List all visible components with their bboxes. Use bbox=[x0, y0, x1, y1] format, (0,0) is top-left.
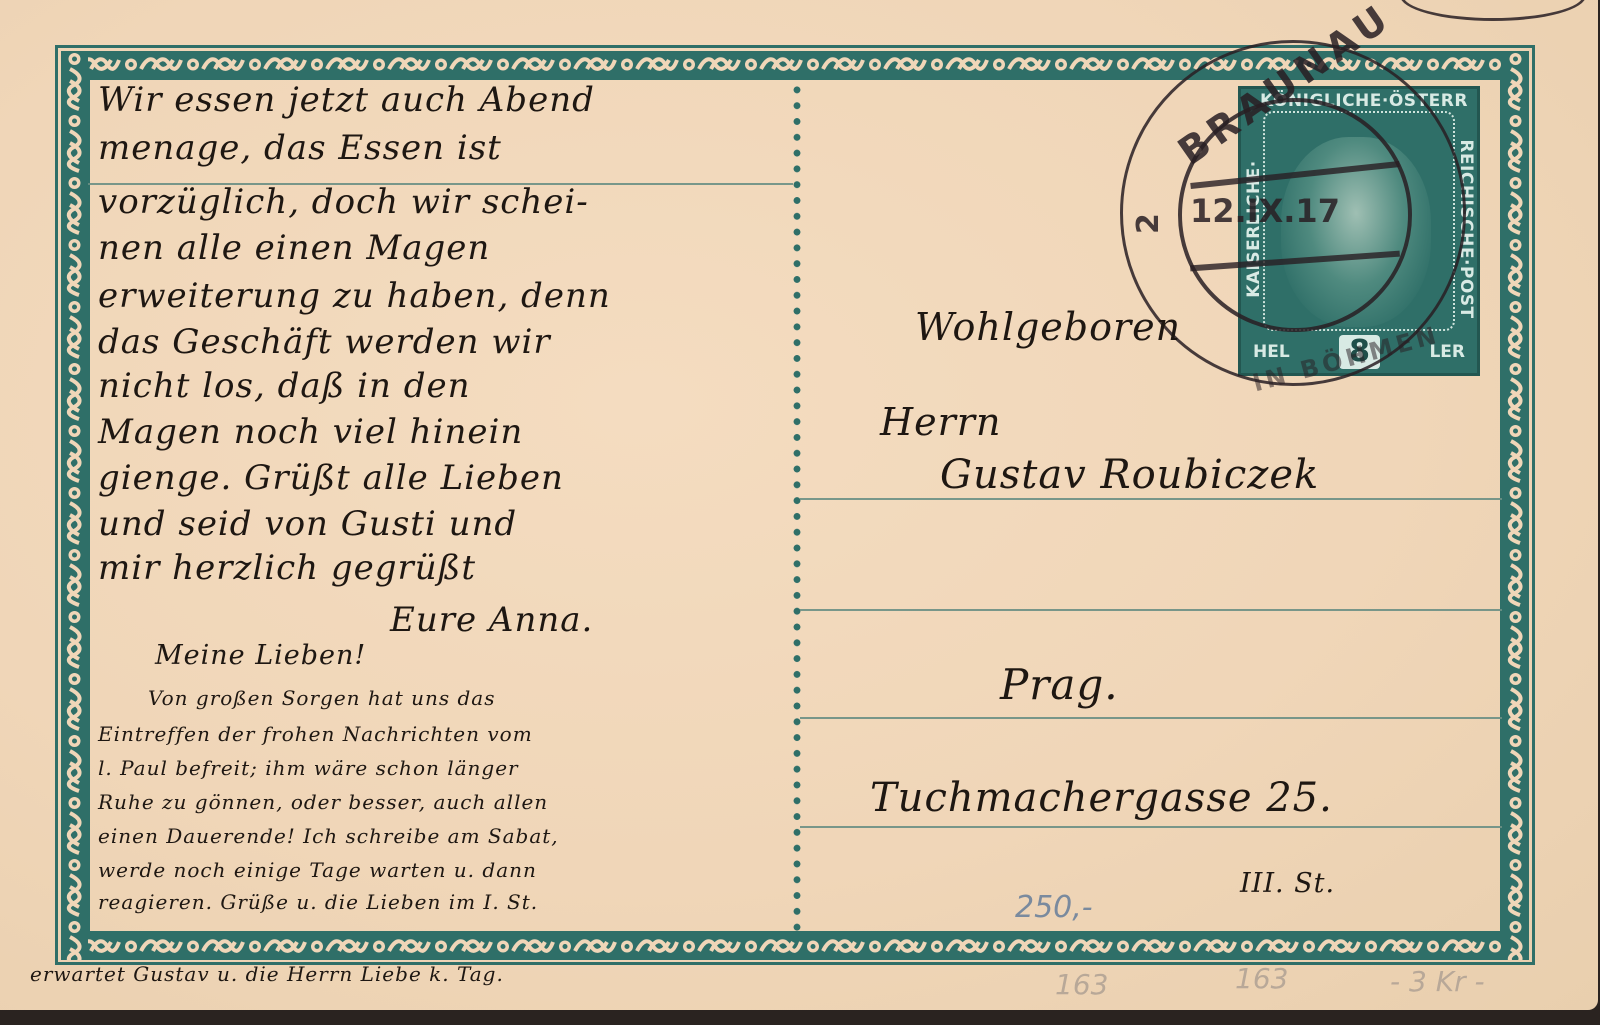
pencil-ref-3: - 3 Kr - bbox=[1390, 965, 1485, 998]
dotted-divider bbox=[793, 82, 801, 932]
pencil-ref-2: 163 bbox=[1235, 962, 1288, 995]
address-name: Gustav Roubiczek bbox=[940, 452, 1319, 498]
footer-line: erwartet Gustav u. die Herrn Liebe k. Ta… bbox=[30, 962, 504, 986]
address-city: Prag. bbox=[1000, 660, 1119, 709]
message-line: nicht los, daß in den bbox=[98, 366, 471, 406]
address-title: Herrn bbox=[880, 400, 1001, 444]
message-signature: Eure Anna. bbox=[390, 600, 593, 640]
address-rule-4 bbox=[800, 826, 1502, 828]
message-line: erweiterung zu haben, denn bbox=[98, 276, 611, 316]
message-line: gienge. Grüßt alle Lieben bbox=[98, 458, 564, 498]
address-rule-1 bbox=[800, 498, 1502, 500]
second-line: Eintreffen der frohen Nachrichten vom bbox=[98, 722, 533, 746]
address-floor: III. St. bbox=[1240, 868, 1335, 899]
rope-border-bottom bbox=[61, 933, 1529, 960]
postmark-suffix: 2 bbox=[1131, 213, 1166, 234]
message-line: und seid von Gusti und bbox=[98, 504, 517, 544]
address-rule-2 bbox=[800, 609, 1502, 611]
message-line: vorzüglich, doch wir schei- bbox=[98, 182, 589, 222]
address-street: Tuchmachergasse 25. bbox=[870, 775, 1333, 821]
message-line: das Geschäft werden wir bbox=[98, 322, 551, 362]
address-rule-3 bbox=[800, 717, 1502, 719]
address-salutation: Wohlgeboren bbox=[915, 305, 1181, 349]
message-line: Wir essen jetzt auch Abend bbox=[98, 80, 595, 120]
second-line: Von großen Sorgen hat uns das bbox=[148, 686, 495, 710]
message-line: mir herzlich gegrüßt bbox=[98, 548, 476, 588]
pencil-ref-1: 163 bbox=[1055, 968, 1108, 1001]
message-line: Magen noch viel hinein bbox=[98, 412, 523, 452]
second-line: Ruhe zu gönnen, oder besser, auch allen bbox=[98, 790, 548, 814]
postcard: KÖNIGLICHE·ÖSTERR KAISERLICHE· REICHISCH… bbox=[0, 0, 1598, 1010]
message-line: nen alle einen Magen bbox=[98, 228, 490, 268]
second-greeting: Meine Lieben! bbox=[155, 640, 366, 671]
second-line: werde noch einige Tage warten u. dann bbox=[98, 858, 537, 882]
second-line: l. Paul befreit; ihm wäre schon länger bbox=[98, 756, 519, 780]
second-line: einen Dauerende! Ich schreibe am Sabat, bbox=[98, 824, 559, 848]
rope-border-right bbox=[1502, 51, 1529, 960]
second-line: reagieren. Grüße u. die Lieben im I. St. bbox=[98, 890, 538, 914]
postmark-date: 12.IX.17 bbox=[1190, 192, 1340, 230]
postmark-partial-top bbox=[1400, 0, 1586, 21]
rope-border-left bbox=[61, 51, 88, 960]
pencil-price: 250,- bbox=[1015, 890, 1093, 925]
message-line: menage, das Essen ist bbox=[98, 128, 502, 168]
